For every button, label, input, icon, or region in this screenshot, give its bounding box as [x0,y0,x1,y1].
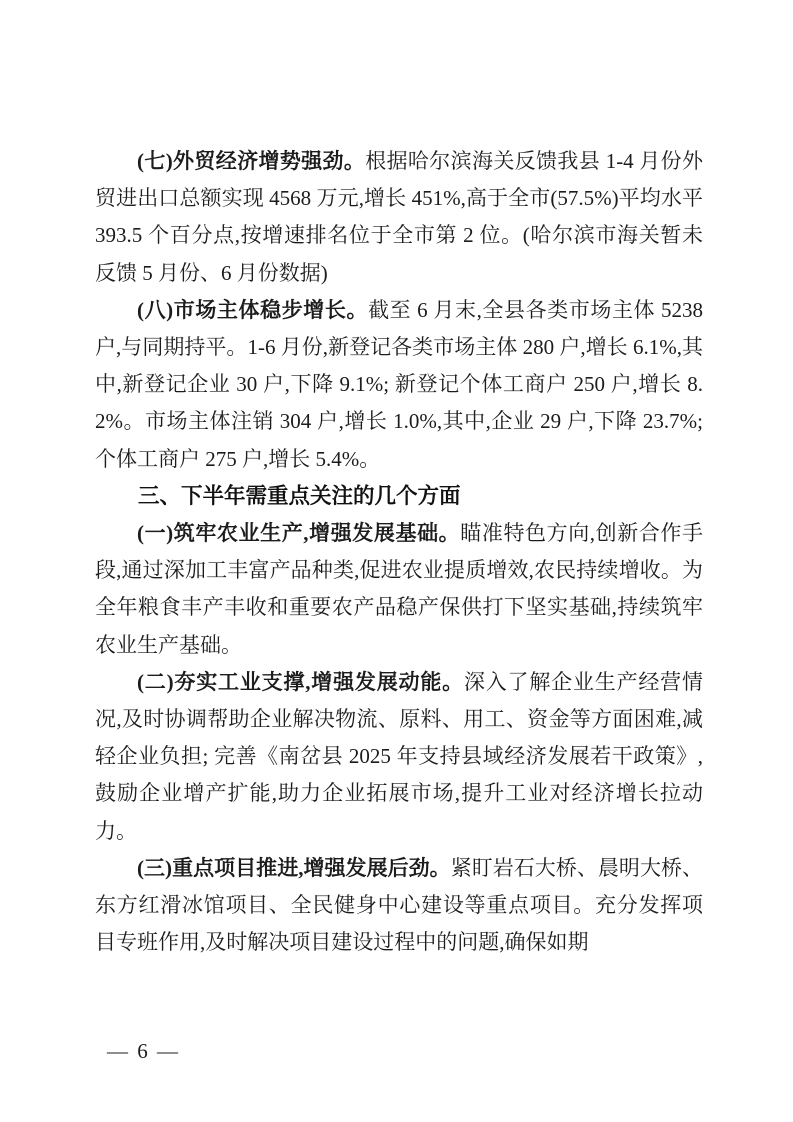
emphasis-text: 三、下半年需重点关注的几个方面 [138,484,461,508]
section-heading: 三、下半年需重点关注的几个方面 [95,478,703,515]
paragraph: (八)市场主体稳步增长。截至 6 月末,全县各类市场主体 5238 户,与同期持… [95,292,703,478]
emphasis-text: (七)外贸经济增势强劲。 [137,149,365,173]
paragraph: (三)重点项目推进,增强发展后劲。紧盯岩石大桥、晨明大桥、东方红滑冰馆项目、全民… [95,850,703,962]
document-body: (七)外贸经济增势强劲。根据哈尔滨海关反馈我县 1-4 月份外贸进出口总额实现 … [95,143,703,961]
emphasis-text: (一)筑牢农业生产,增强发展基础。 [137,521,460,545]
emphasis-text: (八)市场主体稳步增长。 [137,298,368,322]
document-page: (七)外贸经济增势强劲。根据哈尔滨海关反馈我县 1-4 月份外贸进出口总额实现 … [0,0,793,1122]
body-text: 截至 6 月末,全县各类市场主体 5238 户,与同期持平。1-6 月份,新登记… [95,298,703,471]
emphasis-text: (二)夯实工业支撑,增强发展动能。 [137,670,464,694]
emphasis-text: (三)重点项目推进,增强发展后劲。 [137,856,451,880]
body-text: 深入了解企业生产经营情况,及时协调帮助企业解决物流、原料、用工、资金等方面困难,… [95,670,703,843]
paragraph: (七)外贸经济增势强劲。根据哈尔滨海关反馈我县 1-4 月份外贸进出口总额实现 … [95,143,703,292]
paragraph: (二)夯实工业支撑,增强发展动能。深入了解企业生产经营情况,及时协调帮助企业解决… [95,664,703,850]
page-number: — 6 — [107,1037,180,1065]
paragraph: (一)筑牢农业生产,增强发展基础。瞄准特色方向,创新合作手段,通过深加工丰富产品… [95,515,703,664]
